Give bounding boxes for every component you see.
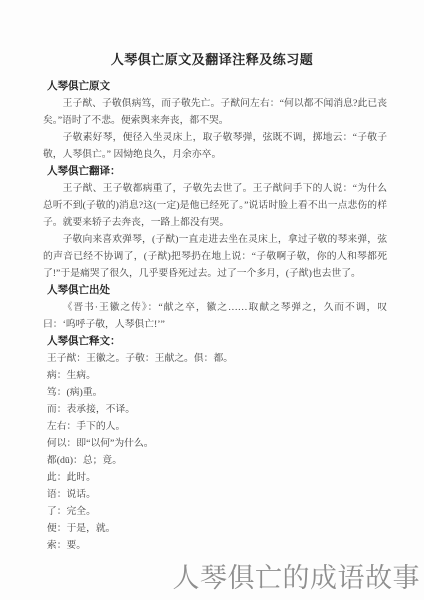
paragraph: 《晋书·王徽之传》：“献之卒，徽之……取献之琴弹之，久而不调，叹曰：‘呜呼子敬，… (43, 299, 387, 333)
paragraph: 王子猷、子敬俱病笃，而子敬先亡。子猷问左右：“何以都不闻消息?此已丧矣。”语时了… (43, 95, 387, 129)
definition-line: 了：完全。 (43, 503, 387, 520)
definition-line: 笃：(病)重。 (43, 384, 387, 401)
section-heading-source: 人琴俱亡出处 (47, 282, 387, 299)
definition-line: 语：说话。 (43, 486, 387, 503)
definition-line: 便：于是，就。 (43, 520, 387, 537)
definition-line: 此：此时。 (43, 469, 387, 486)
paragraph: 子敬向来喜欢弹琴，(子猷)一直走进去坐在灵床上，拿过子敬的琴来弹，弦的声音已经不… (43, 231, 387, 282)
paragraph: 子敬素好琴，便径入坐灵床上，取子敬琴弹，弦既不调，掷地云：“子敬子敬，人琴俱亡。… (43, 129, 387, 163)
definition-line: 都(dū)：总；竟。 (43, 452, 387, 469)
definition-line: 病：生病。 (43, 367, 387, 384)
document-title: 人琴俱亡原文及翻译注释及练习题 (0, 0, 424, 68)
paragraph: 王子猷、王子敬都病重了，子敬先去世了。王子猷问手下的人说：“为什么总听不到(子敬… (43, 180, 387, 231)
section-source: 人琴俱亡出处 《晋书·王徽之传》：“献之卒，徽之……取献之琴弹之，久而不调，叹曰… (43, 282, 387, 333)
definition-line: 何以：即“以何”为什么。 (43, 435, 387, 452)
section-heading-original: 人琴俱亡原文 (47, 78, 387, 95)
document-body: 人琴俱亡原文 王子猷、子敬俱病笃，而子敬先亡。子猷问左右：“何以都不闻消息?此已… (0, 78, 424, 554)
footer-story-title: 人琴俱亡的成语故事 (173, 561, 421, 595)
section-translation: 人琴俱亡翻译： 王子猷、王子敬都病重了，子敬先去世了。王子猷问手下的人说：“为什… (43, 163, 387, 282)
definition-line: 王子猷：王徽之。子敬：王献之。俱：都。 (43, 350, 387, 367)
section-original-text: 人琴俱亡原文 王子猷、子敬俱病笃，而子敬先亡。子猷问左右：“何以都不闻消息?此已… (43, 78, 387, 163)
definition-line: 而：表承接，不译。 (43, 401, 387, 418)
section-heading-translation: 人琴俱亡翻译： (47, 163, 387, 180)
section-definitions: 人琴俱亡释文： 王子猷：王徽之。子敬：王献之。俱：都。 病：生病。 笃：(病)重… (43, 333, 387, 554)
section-heading-definitions: 人琴俱亡释文： (47, 333, 387, 350)
definition-line: 左右：手下的人。 (43, 418, 387, 435)
definition-line: 索：要。 (43, 537, 387, 554)
document-page: 人琴俱亡原文及翻译注释及练习题 人琴俱亡原文 王子猷、子敬俱病笃，而子敬先亡。子… (0, 0, 424, 600)
